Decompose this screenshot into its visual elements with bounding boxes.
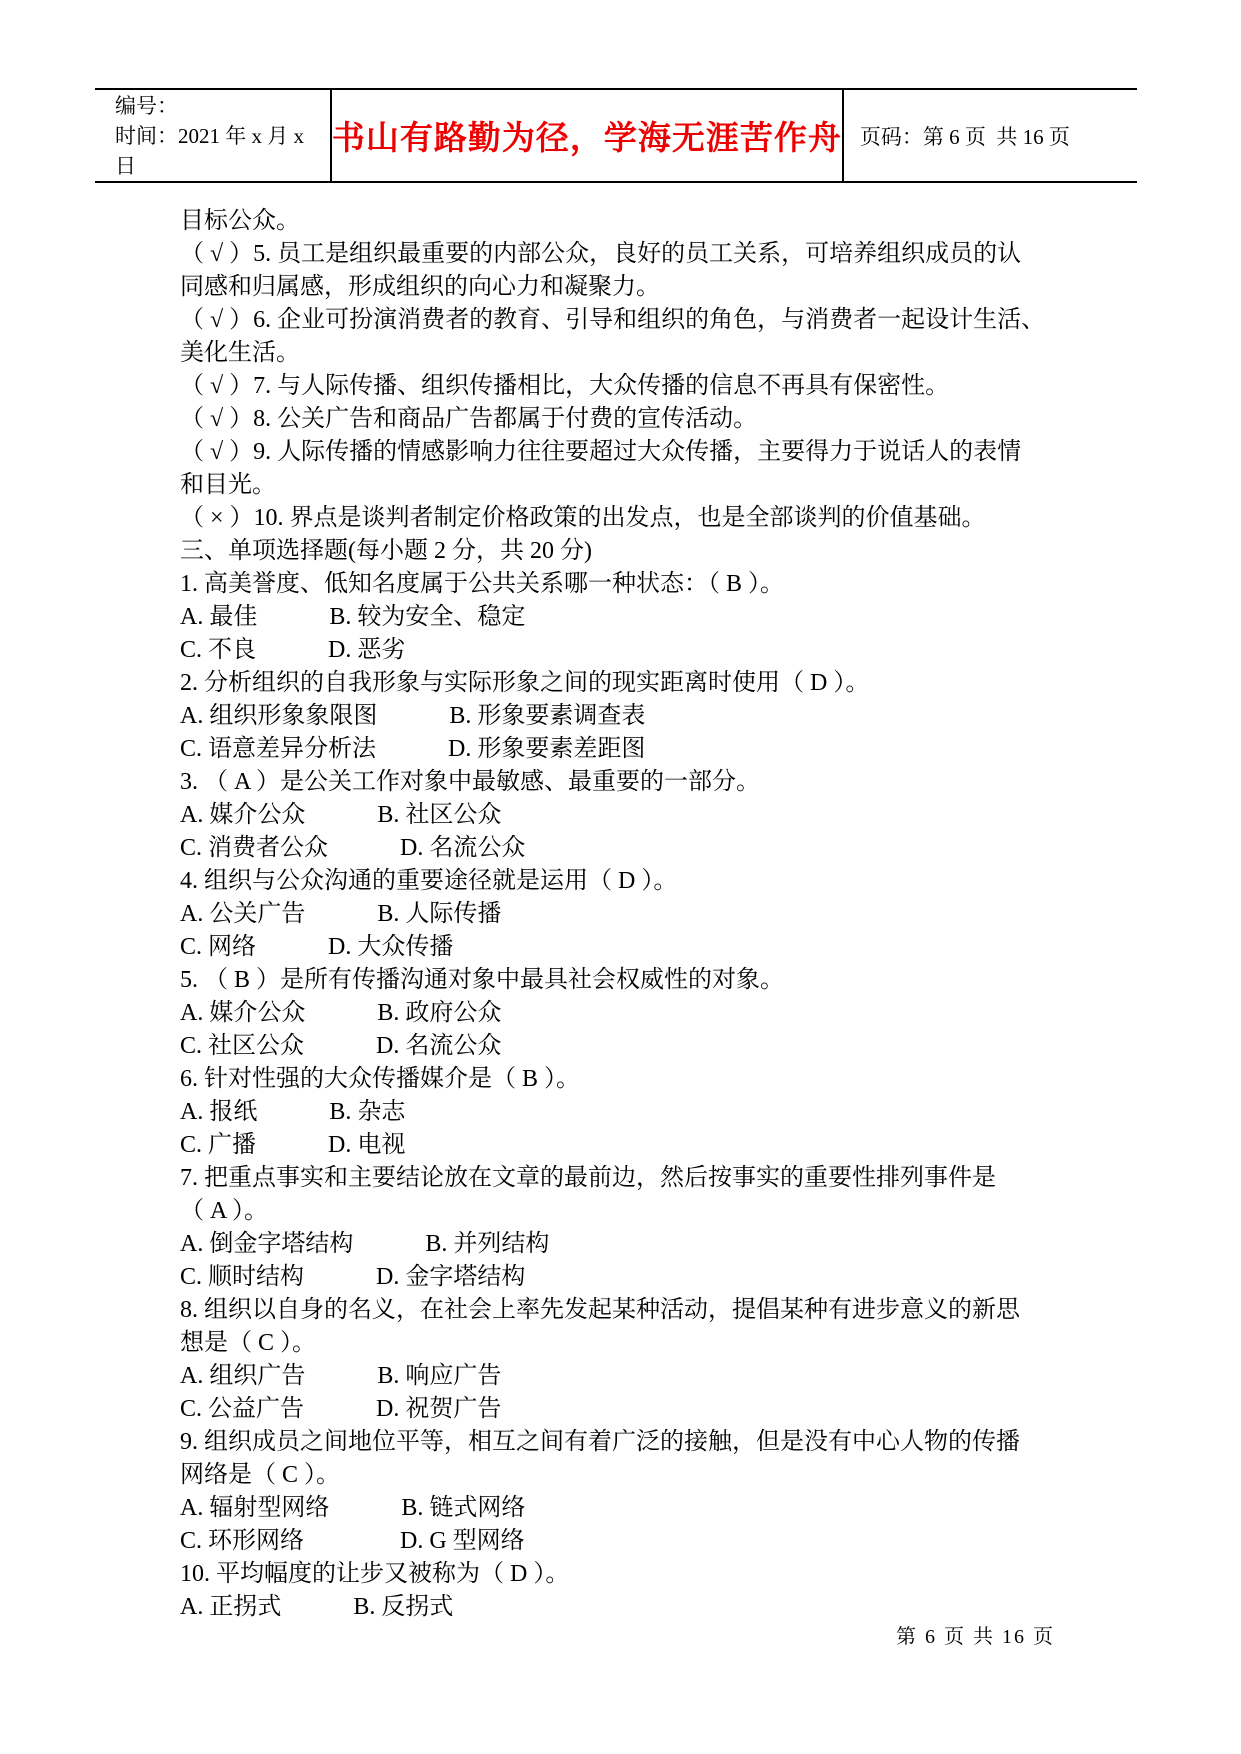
header-page-label: 页码：第 6 页 共 16 页 bbox=[860, 121, 1070, 151]
text-line: C. 不良 D. 恶劣 bbox=[180, 634, 1120, 667]
text-line: （ A ）。 bbox=[180, 1195, 1120, 1228]
text-line: A. 辐射型网络 B. 链式网络 bbox=[180, 1492, 1120, 1525]
text-line: 4. 组织与公众沟通的重要途径就是运用（ D ）。 bbox=[180, 865, 1120, 898]
text-line: C. 公益广告 D. 祝贺广告 bbox=[180, 1393, 1120, 1426]
header-cell-middle: 书山有路勤为径，学海无涯苦作舟 bbox=[332, 90, 844, 181]
text-line: A. 组织形象象限图 B. 形象要素调查表 bbox=[180, 700, 1120, 733]
text-line: A. 报纸 B. 杂志 bbox=[180, 1096, 1120, 1129]
text-line: 1. 高美誉度、低知名度属于公共关系哪一种状态：（ B ）。 bbox=[180, 568, 1120, 601]
text-line: （ √ ）9. 人际传播的情感影响力往往要超过大众传播，主要得力于说话人的表情 bbox=[180, 436, 1120, 469]
footer-page-number: 第 6 页 共 16 页 bbox=[0, 1620, 1055, 1649]
text-line: 5. （ B ）是所有传播沟通对象中最具社会权威性的对象。 bbox=[180, 964, 1120, 997]
text-line: C. 消费者公众 D. 名流公众 bbox=[180, 832, 1120, 865]
text-line: （ √ ）7. 与人际传播、组织传播相比，大众传播的信息不再具有保密性。 bbox=[180, 370, 1120, 403]
text-line: C. 顺时结构 D. 金字塔结构 bbox=[180, 1261, 1120, 1294]
text-line: 2. 分析组织的自我形象与实际形象之间的现实距离时使用（ D ）。 bbox=[180, 667, 1120, 700]
header-table: 编号： 时间：2021 年 x 月 x 日 书山有路勤为径，学海无涯苦作舟 页码… bbox=[95, 88, 1137, 183]
text-line: C. 广播 D. 电视 bbox=[180, 1129, 1120, 1162]
text-line: 同感和归属感，形成组织的向心力和凝聚力。 bbox=[180, 271, 1120, 304]
header-cell-left: 编号： 时间：2021 年 x 月 x 日 bbox=[95, 90, 332, 181]
text-line: A. 媒介公众 B. 政府公众 bbox=[180, 997, 1120, 1030]
text-line: 美化生活。 bbox=[180, 337, 1120, 370]
text-line: C. 社区公众 D. 名流公众 bbox=[180, 1030, 1120, 1063]
text-line: （ × ）10. 界点是谈判者制定价格政策的出发点，也是全部谈判的价值基础。 bbox=[180, 502, 1120, 535]
text-line: 3. （ A ）是公关工作对象中最敏感、最重要的一部分。 bbox=[180, 766, 1120, 799]
header-slogan: 书山有路勤为径，学海无涯苦作舟 bbox=[332, 112, 842, 159]
text-line: 和目光。 bbox=[180, 469, 1120, 502]
text-line: C. 网络 D. 大众传播 bbox=[180, 931, 1120, 964]
document-number-label: 编号： bbox=[115, 91, 330, 121]
text-line: C. 语意差异分析法 D. 形象要素差距图 bbox=[180, 733, 1120, 766]
text-line: A. 最佳 B. 较为安全、稳定 bbox=[180, 601, 1120, 634]
text-line: 7. 把重点事实和主要结论放在文章的最前边，然后按事实的重要性排列事件是 bbox=[180, 1162, 1120, 1195]
text-line: （ √ ）5. 员工是组织最重要的内部公众，良好的员工关系，可培养组织成员的认 bbox=[180, 238, 1120, 271]
document-body: 目标公众。 （ √ ）5. 员工是组织最重要的内部公众，良好的员工关系，可培养组… bbox=[180, 205, 1120, 1624]
document-time-label: 时间：2021 年 x 月 x 日 bbox=[115, 121, 330, 181]
text-line: A. 倒金字塔结构 B. 并列结构 bbox=[180, 1228, 1120, 1261]
text-line: 网络是（ C ）。 bbox=[180, 1459, 1120, 1492]
text-line: （ √ ）8. 公关广告和商品广告都属于付费的宣传活动。 bbox=[180, 403, 1120, 436]
header-cell-right: 页码：第 6 页 共 16 页 bbox=[844, 90, 1137, 181]
text-line: 9. 组织成员之间地位平等，相互之间有着广泛的接触，但是没有中心人物的传播 bbox=[180, 1426, 1120, 1459]
text-line: 想是（ C ）。 bbox=[180, 1327, 1120, 1360]
text-line: 6. 针对性强的大众传播媒介是（ B ）。 bbox=[180, 1063, 1120, 1096]
page: { "header": { "left": { "number_label": … bbox=[0, 0, 1241, 1754]
text-line: 目标公众。 bbox=[180, 205, 1120, 238]
text-line: A. 组织广告 B. 响应广告 bbox=[180, 1360, 1120, 1393]
text-line: A. 公关广告 B. 人际传播 bbox=[180, 898, 1120, 931]
text-line: 8. 组织以自身的名义，在社会上率先发起某种活动，提倡某种有进步意义的新思 bbox=[180, 1294, 1120, 1327]
text-line: A. 媒介公众 B. 社区公众 bbox=[180, 799, 1120, 832]
text-line: （ √ ）6. 企业可扮演消费者的教育、引导和组织的角色，与消费者一起设计生活、 bbox=[180, 304, 1120, 337]
text-line: 10. 平均幅度的让步又被称为（ D ）。 bbox=[180, 1558, 1120, 1591]
text-line: 三、单项选择题(每小题 2 分，共 20 分) bbox=[180, 535, 1120, 568]
text-line: C. 环形网络 D. G 型网络 bbox=[180, 1525, 1120, 1558]
